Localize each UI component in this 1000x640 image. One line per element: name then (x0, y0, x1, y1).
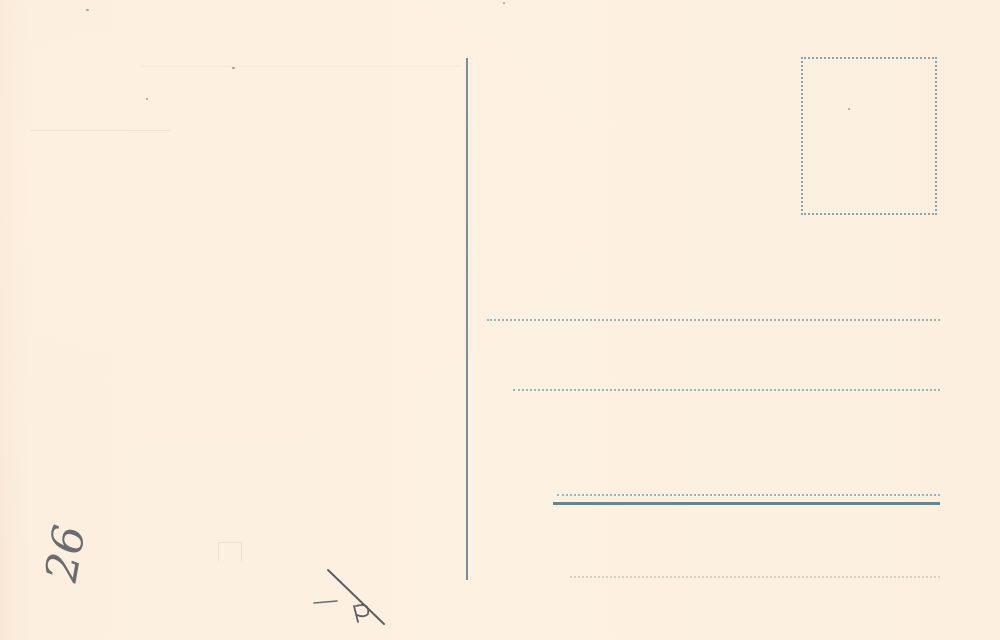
faint-pencil-mark (218, 542, 242, 561)
paper-speck (86, 9, 89, 11)
stamp-placeholder-box (801, 57, 937, 215)
address-line-underline (553, 502, 940, 505)
message-address-divider (466, 58, 468, 580)
address-line-4 (570, 576, 940, 578)
postcard-back: 26 (0, 0, 1000, 640)
handwritten-mark-icon (312, 566, 392, 626)
paper-speck (503, 2, 505, 4)
paper-speck (146, 98, 148, 100)
address-line-1 (487, 319, 940, 321)
address-line-3 (557, 494, 940, 496)
paper-crease (140, 66, 460, 67)
handwritten-number: 26 (36, 521, 96, 585)
paper-crease (30, 130, 170, 131)
paper-speck (232, 67, 235, 69)
address-line-2 (513, 389, 940, 391)
